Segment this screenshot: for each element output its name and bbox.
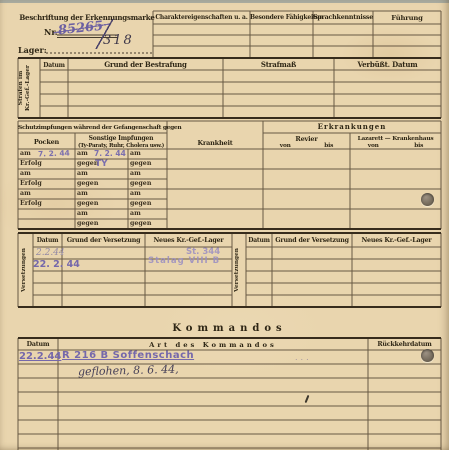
col-transfer-date: Datum <box>33 236 62 246</box>
ink-smudge: ... <box>295 353 312 362</box>
row-label: Erfolg <box>20 180 42 187</box>
col-kommando-type: Art des Kommandos <box>58 340 368 350</box>
pow-record-card-scan: { "id_block": { "title": "Beschriftung d… <box>0 0 449 450</box>
kommando-unit-stamp: R 216 B Soffenschach <box>62 350 194 361</box>
scan-top-edge <box>0 0 449 3</box>
camp-label: Lager: <box>18 45 47 55</box>
row-label: am <box>130 150 141 157</box>
col-return-date: Rückkehrdatum <box>368 340 441 350</box>
col-punishment-date: Datum <box>40 61 68 71</box>
hospital-from-to: von bis <box>350 141 441 151</box>
row-label: gegen <box>77 200 98 207</box>
row-label: am <box>130 210 141 217</box>
tag-number-label: Nr. <box>44 27 58 37</box>
row-label: gegen <box>130 180 151 187</box>
transfers-side-label: Versetzungen <box>21 235 31 305</box>
ink-mark <box>305 395 310 403</box>
vaccination-row: am am am <box>18 189 167 199</box>
col-smallpox: Pocken <box>18 137 75 147</box>
row-label: gegen <box>130 160 151 167</box>
stamped-value: TY <box>95 159 108 169</box>
col-language-skills: Sprachkenntnisse <box>313 13 373 23</box>
sickbay-to: bis <box>324 141 333 151</box>
col-punishment-served-date: Verbüßt. Datum <box>334 60 441 70</box>
row-label: am <box>130 170 141 177</box>
vaccination-row: gegen gegen <box>18 219 167 229</box>
punishments-side-label: Strafen im Kr.-Gef.-Lager <box>18 58 40 118</box>
new-camp-stamp: Stalag VIII B <box>148 256 220 266</box>
sickbay-from-to: von bis <box>263 141 350 151</box>
vaccination-row: Erfolg gegen gegen <box>18 199 167 209</box>
hospital-to: bis <box>414 141 423 151</box>
side-label-line1: Strafen im <box>18 71 24 105</box>
row-label: gegen <box>77 180 98 187</box>
kommando-date-stamp: 22.2.44 <box>19 351 61 362</box>
col-illness: Krankheit <box>167 138 263 148</box>
col-conduct: Führung <box>373 13 441 23</box>
col-special-abilities: Besondere Fähigkeiten <box>250 13 313 23</box>
vaccination-row: am am <box>18 209 167 219</box>
col-transfer-reason: Grund der Versetzung <box>62 236 145 246</box>
row-label: am <box>20 190 31 197</box>
side-label-line2: Kr.-Gef.-Lager <box>25 65 31 111</box>
vaccination-row: am am am <box>18 169 167 179</box>
vaccinations-header: Schutzimpfungen während der Gefangenscha… <box>18 123 167 133</box>
vaccination-row: Erfolg gegen TY gegen <box>18 159 167 169</box>
illnesses-header: Erkrankungen <box>263 122 441 132</box>
col-transfer-reason: Grund der Versetzung <box>272 236 352 246</box>
col-new-camp: Neues Kr.-Gef.-Lager <box>352 236 441 246</box>
col-kommando-date: Datum <box>18 340 58 350</box>
row-label: Erfolg <box>20 160 42 167</box>
stamped-date: 7. 2. 44 <box>94 149 126 158</box>
row-label: am <box>77 170 88 177</box>
punch-hole <box>421 193 434 206</box>
row-label: am <box>77 210 88 217</box>
transfers-side-label: Versetzungen <box>234 235 244 305</box>
row-label: gegen <box>130 220 151 227</box>
row-label: gegen <box>77 220 98 227</box>
col-transfer-date: Datum <box>246 236 272 246</box>
row-label: am <box>20 150 31 157</box>
tag-number-handwritten: 85265 <box>57 19 104 39</box>
transfer-date-entry: 2.2.44 <box>36 248 65 258</box>
row-label: am <box>77 190 88 197</box>
kommandos-title: Kommandos <box>18 324 441 334</box>
sickbay-from: von <box>280 141 291 151</box>
vaccination-row: Erfolg gegen gegen <box>18 179 167 189</box>
col-new-camp: Neues Kr.-Gef.-Lager <box>145 236 232 246</box>
kommando-note-handwritten: geflohen, 8. 6. 44, <box>78 363 179 379</box>
row-label: am <box>77 150 88 157</box>
col-character-traits: Charaktereigenschaften u. a. <box>153 13 250 23</box>
col-punishment-sentence: Strafmaß <box>223 60 334 70</box>
vaccination-row: am 7. 2. 44 am 7. 2. 44 am <box>18 149 167 159</box>
punch-hole <box>421 349 434 362</box>
hospital-from: von <box>368 141 379 151</box>
row-label: am <box>130 190 141 197</box>
tag-number-handwritten-new: 318 <box>103 33 134 48</box>
stamped-date: 7. 2. 44 <box>38 148 70 158</box>
row-label: gegen <box>130 200 151 207</box>
row-label: Erfolg <box>20 200 42 207</box>
col-punishment-reason: Grund der Bestrafung <box>68 60 223 70</box>
transfer-date-stamp: 22. 2. 44 <box>33 259 80 270</box>
row-label: am <box>20 170 31 177</box>
